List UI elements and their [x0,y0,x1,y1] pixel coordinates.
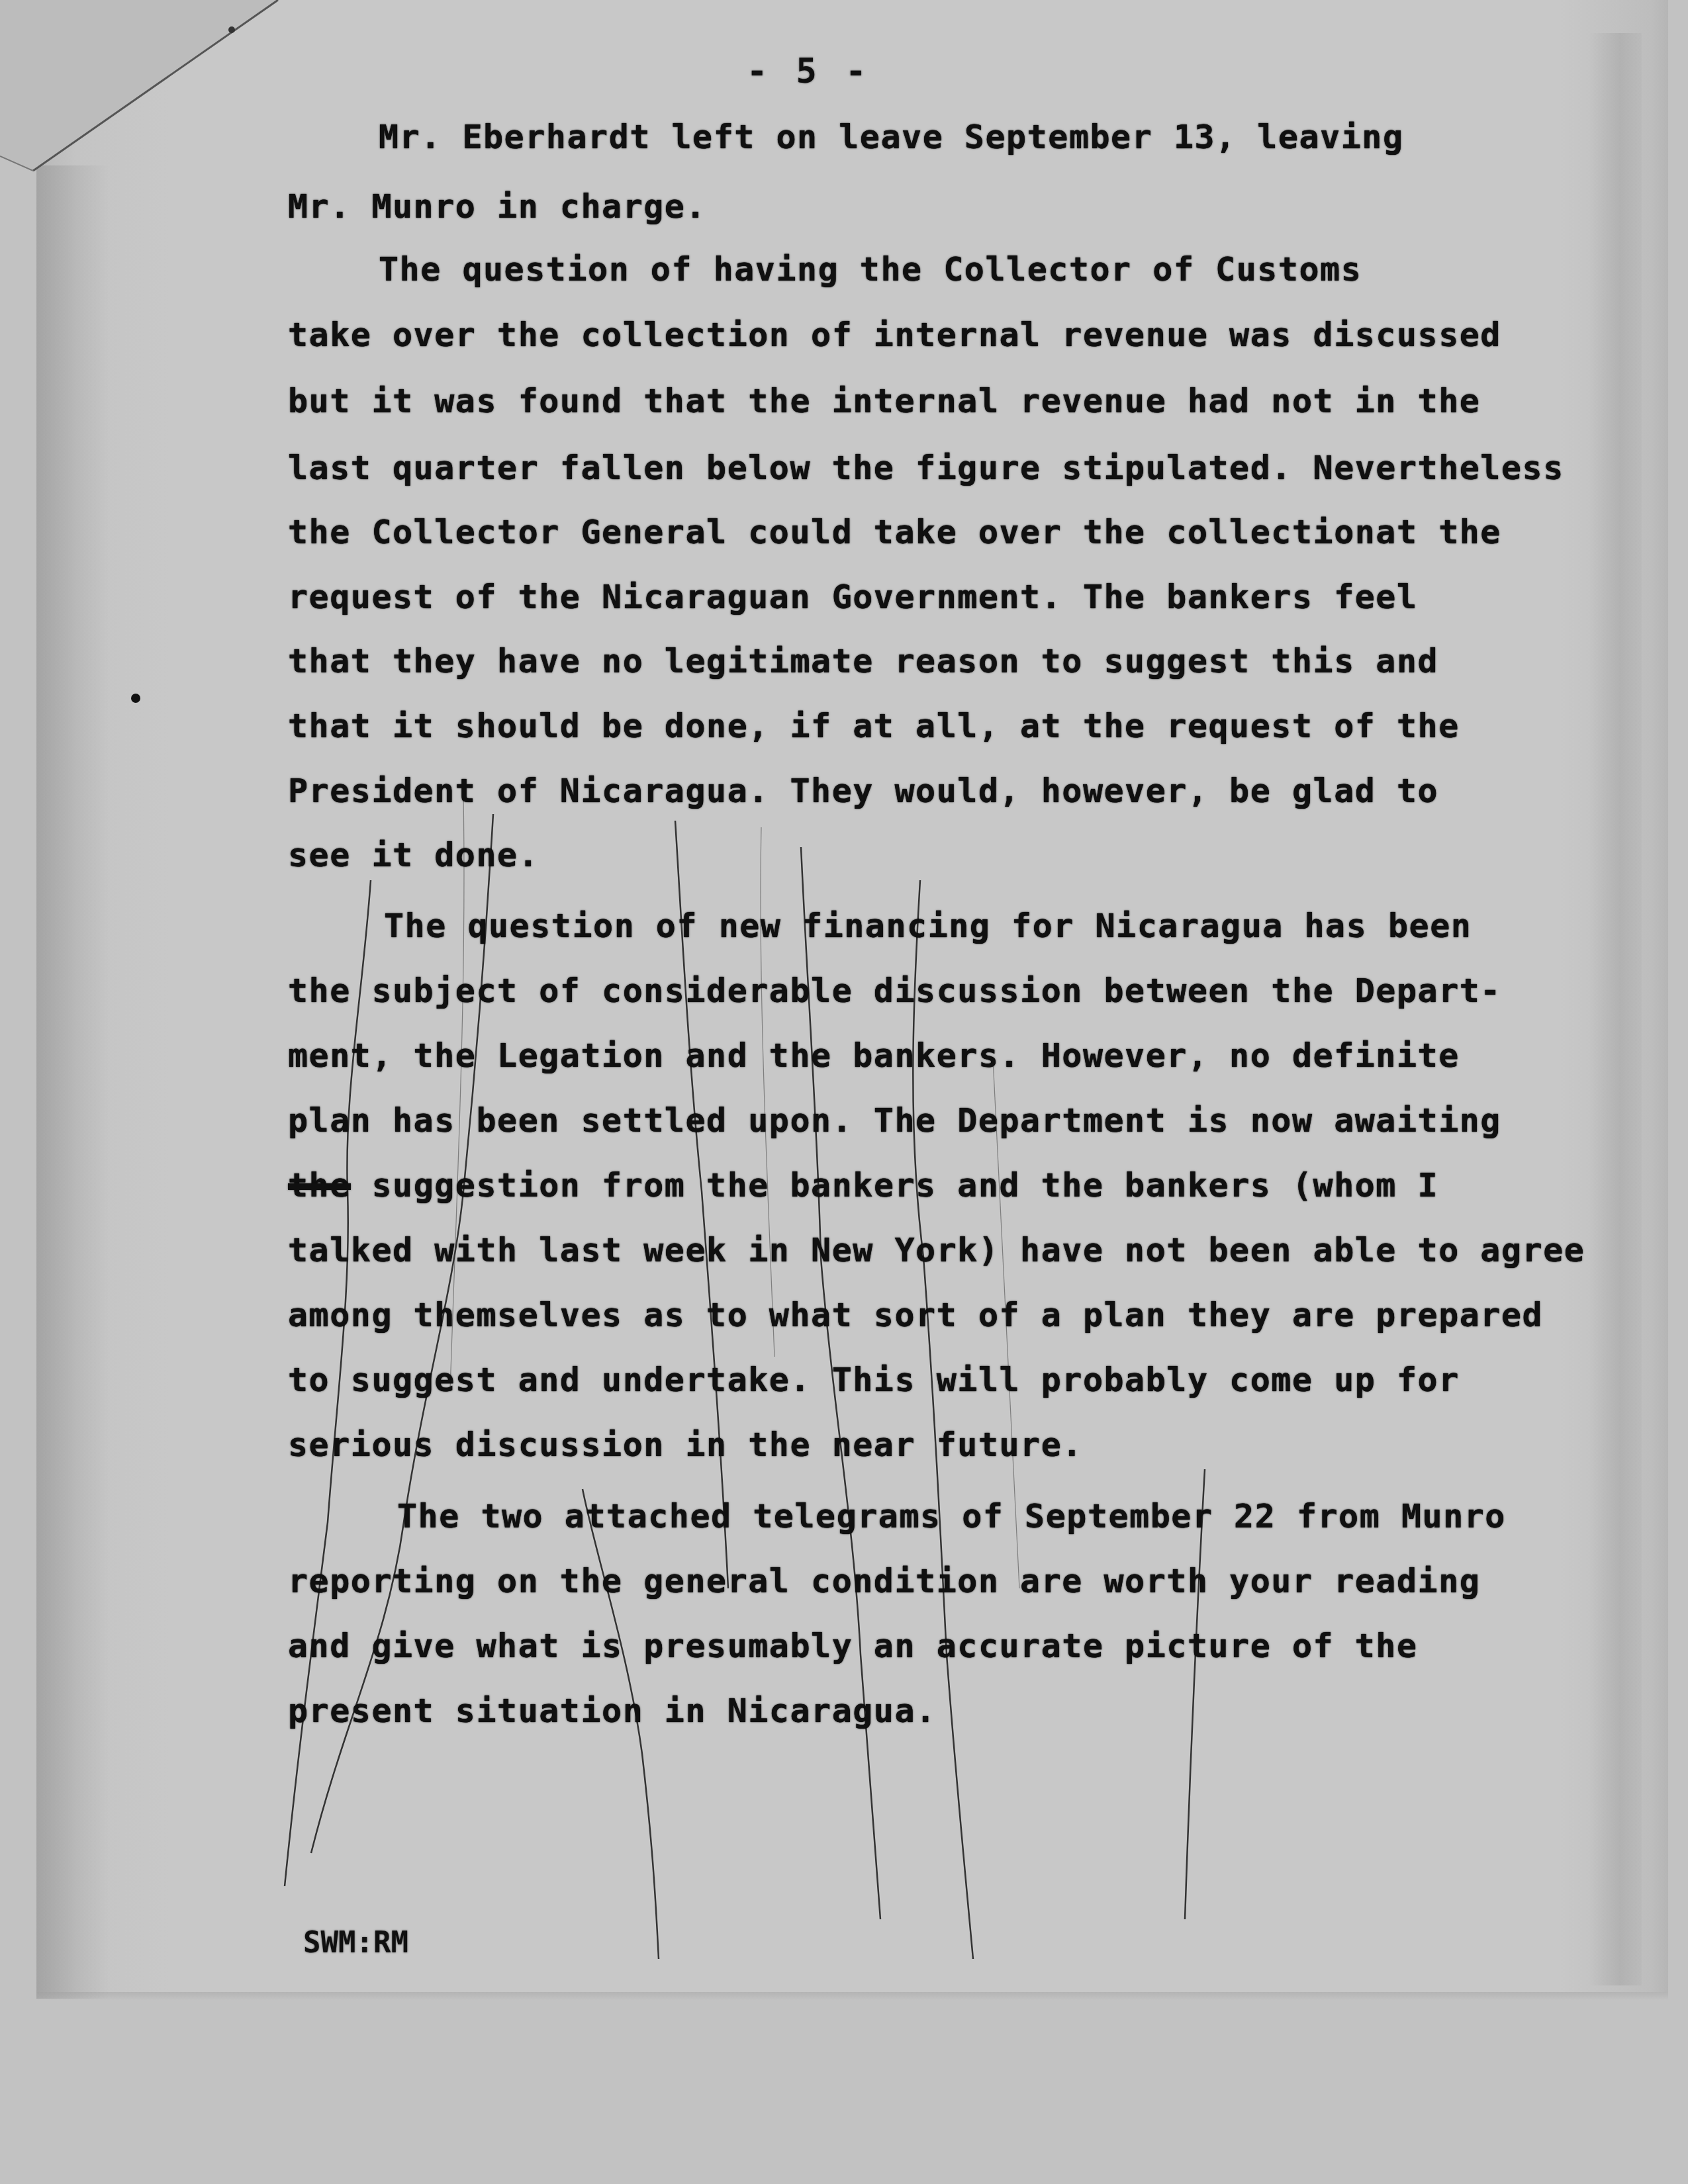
page-number: - 5 - [747,52,870,91]
paragraph-2-line-3: but it was found that the internal reven… [288,382,1480,420]
struck-out-word: the [288,1166,351,1205]
paragraph-3-line-2: the subject of considerable discussion b… [288,972,1501,1010]
paragraph-3-line-7: among themselves as to what sort of a pl… [288,1296,1543,1334]
paragraph-2-line-9: President of Nicaragua. They would, howe… [288,772,1438,810]
paragraph-3-line-1: The question of new financing for Nicara… [384,907,1472,945]
paragraph-4-line-3: and give what is presumably an accurate … [288,1627,1418,1665]
document-text: - 5 - Mr. Eberhardt left on leave Septem… [0,0,1688,2184]
paragraph-3-line-8: to suggest and undertake. This will prob… [288,1361,1460,1399]
typist-initials: SWM:RM [303,1926,408,1960]
paragraph-3-line-5: the suggestion from the bankers and the … [288,1166,1438,1205]
paragraph-2-line-6: request of the Nicaraguan Government. Th… [288,578,1418,616]
paragraph-3-line-9: serious discussion in the near future. [288,1426,1083,1464]
paragraph-3-line-6: talked with last week in New York) have … [288,1231,1585,1269]
paragraph-4-line-2: reporting on the general condition are w… [288,1562,1480,1600]
paragraph-2-line-1: The question of having the Collector of … [379,250,1362,289]
paragraph-3-line-4: plan has been settled upon. The Departme… [288,1101,1501,1140]
paragraph-2-line-2: take over the collection of internal rev… [288,316,1501,354]
paragraph-3-line-5-text: suggestion from the bankers and the bank… [371,1166,1438,1205]
paragraph-2-line-4: last quarter fallen below the figure sti… [288,449,1564,487]
paragraph-4-line-1: The two attached telegrams of September … [397,1497,1506,1535]
paragraph-4-line-4: present situation in Nicaragua. [288,1692,937,1730]
paragraph-1-line-1: Mr. Eberhardt left on leave September 13… [379,118,1404,156]
paragraph-2-line-5: the Collector General could take over th… [288,513,1501,551]
paragraph-2-line-10: see it done. [288,836,539,874]
paragraph-2-line-8: that it should be done, if at all, at th… [288,707,1460,745]
paragraph-1-line-2: Mr. Munro in charge. [288,187,706,226]
paragraph-3-line-3: ment, the Legation and the bankers. Howe… [288,1036,1460,1075]
paragraph-2-line-7: that they have no legitimate reason to s… [288,642,1438,680]
